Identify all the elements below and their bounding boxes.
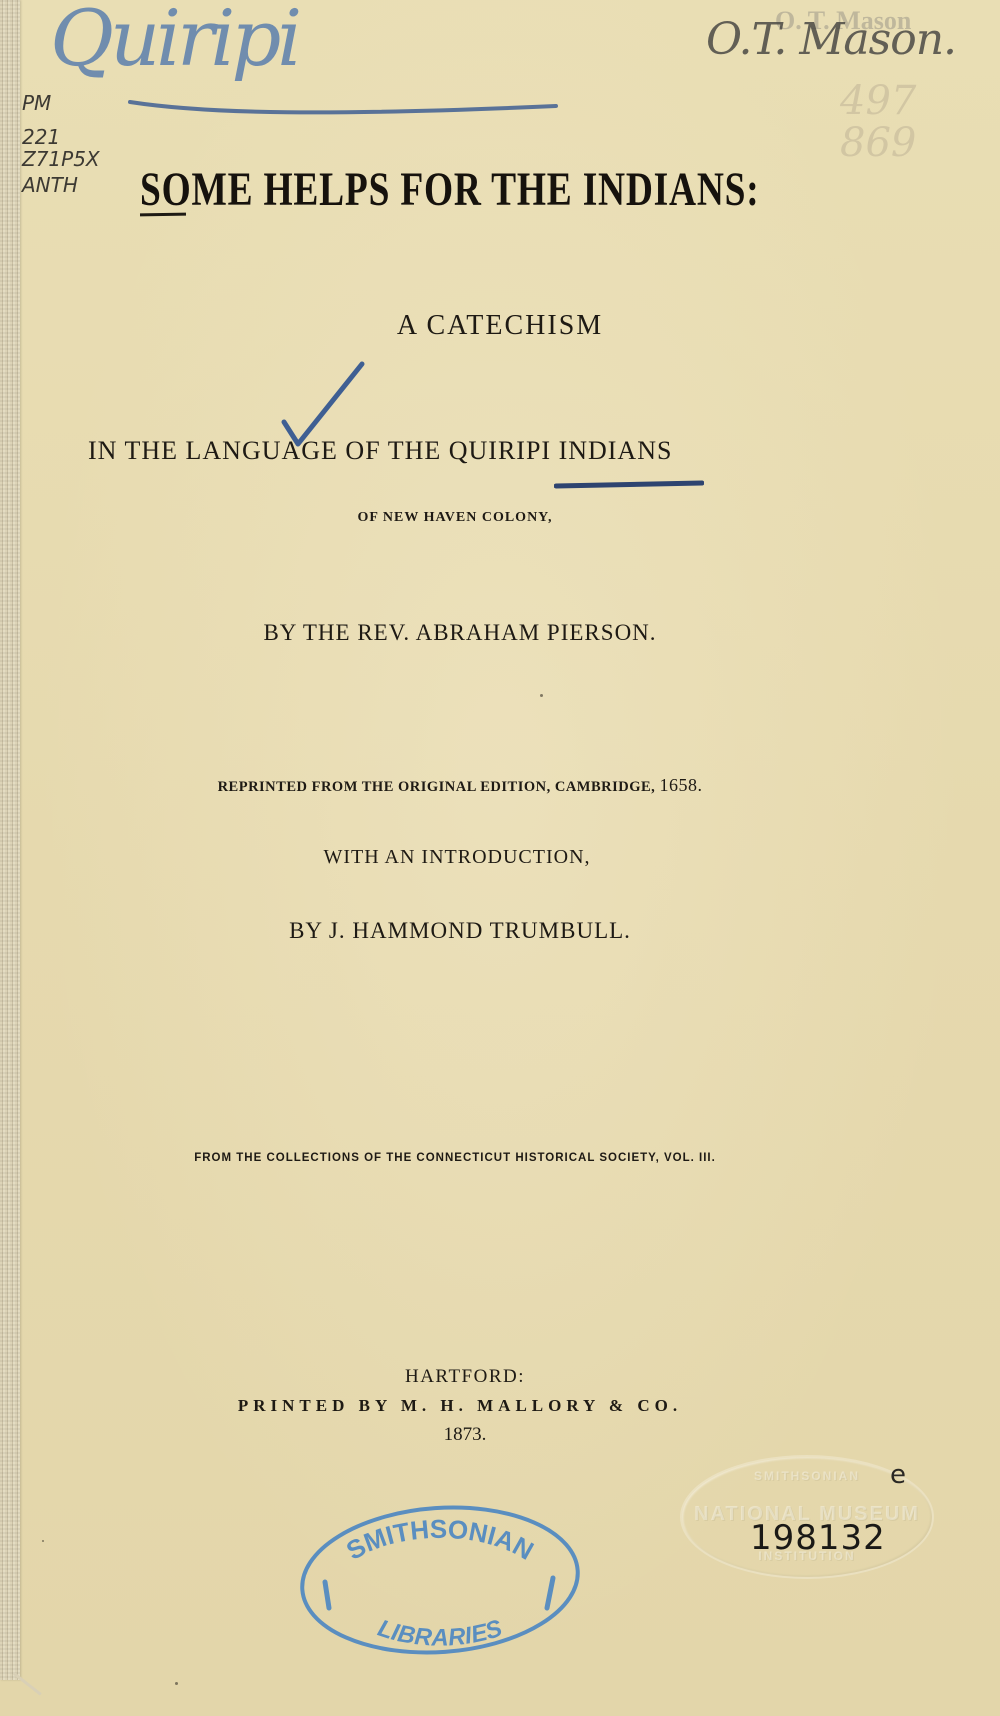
paper-speck (540, 694, 543, 697)
blue-pencil-underline (128, 100, 558, 118)
imprint-place: HARTFORD: (0, 1366, 965, 1388)
imprint-printer: PRINTED BY M. H. MALLORY & CO. (0, 1396, 960, 1416)
accession-mark: e (890, 1460, 906, 1490)
collection-line: FROM THE COLLECTIONS OF THE CONNECTICUT … (0, 1152, 955, 1164)
stamp-bottom-text: LIBRARIES (375, 1615, 506, 1652)
paper-speck (42, 1540, 44, 1542)
author-line: BY THE REV. ABRAHAM PIERSON. (0, 620, 960, 646)
quiripi-underline (554, 480, 704, 490)
spine-tear (13, 1672, 42, 1695)
colony-line: OF NEW HAVEN COLONY, (0, 510, 955, 526)
faded-number-line: 869 (840, 122, 916, 164)
reprint-line: REPRINTED FROM THE ORIGINAL EDITION, CAM… (0, 775, 960, 796)
scanned-page: Quiripi PM 221 Z71P5X ANTH O. T. Mason O… (0, 0, 1000, 1716)
imprint-year: 1873. (0, 1424, 965, 1446)
call-number: PM 221 Z71P5X ANTH (22, 92, 100, 196)
call-number-line: PM (22, 92, 100, 114)
language-line: IN THE LANGUAGE OF THE QUIRIPI INDIANS (88, 436, 828, 466)
page-title: SOME HELPS FOR THE INDIANS: (140, 162, 639, 217)
smithsonian-libraries-stamp: SMITHSONIAN LIBRARIES (295, 1500, 585, 1660)
reprint-text: REPRINTED FROM THE ORIGINAL EDITION, CAM… (218, 779, 656, 795)
faded-number-line: 497 (840, 80, 916, 122)
introduction-line: WITH AN INTRODUCTION, (0, 846, 957, 869)
paper-speck (175, 1682, 178, 1685)
subtitle: A CATECHISM (0, 310, 1000, 342)
call-number-line: Z71P5X (22, 148, 100, 170)
blue-pencil-annotation: Quiripi (50, 0, 298, 84)
svg-text:LIBRARIES: LIBRARIES (375, 1615, 506, 1652)
owner-signature: O.T. Mason. (706, 14, 956, 65)
call-number-line: 221 (22, 126, 100, 148)
faded-pencil-number: 497 869 (840, 80, 916, 164)
call-number-line: ANTH (22, 174, 100, 196)
reprint-year: 1658. (659, 775, 702, 795)
accession-number: 198132 (750, 1518, 886, 1558)
editor-line: BY J. HAMMOND TRUMBULL. (0, 918, 960, 944)
